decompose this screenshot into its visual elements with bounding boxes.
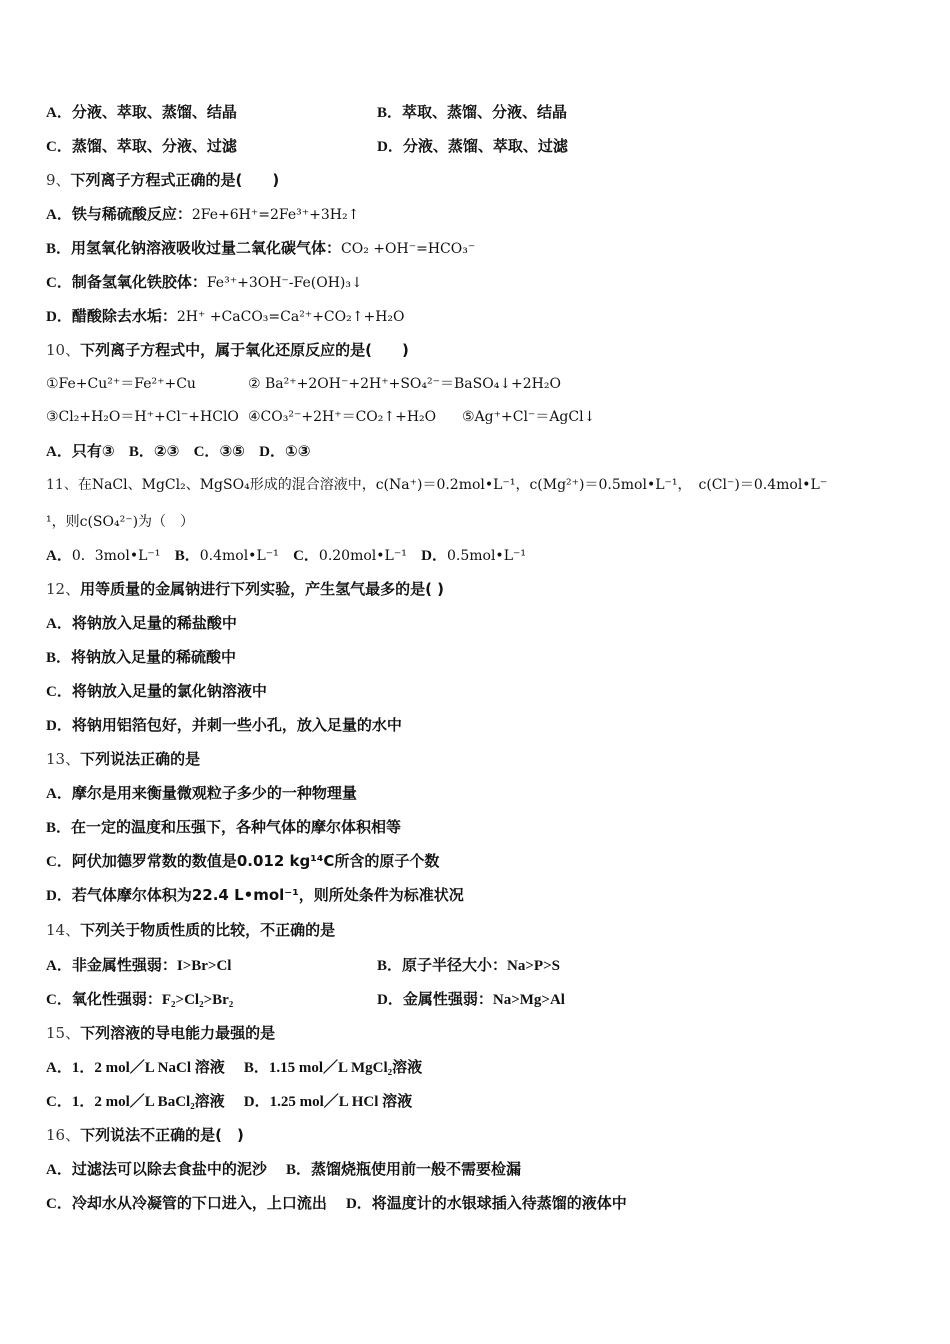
option-text: 用氢氧化钠溶液吸收过量二氧化碳气体： [71,239,341,257]
option-letter: A． [46,786,72,802]
option-text: 萃取、蒸馏、分液、结晶 [402,103,567,121]
question-text: ¹，则c(SO₄²⁻)为（ ） [46,514,194,530]
option-letter: D． [377,992,403,1008]
q8-option-b: B．萃取、蒸馏、分液、结晶 [377,102,567,123]
option-letter: C． [194,444,220,460]
q9-option-c: C．制备氢氧化铁胶体：Fe³⁺+3OH⁻-Fe(OH)₃↓ [46,272,363,293]
q15-stem: 15、下列溶液的导电能力最强的是 [46,1023,275,1043]
option-text: 0.5mol•L⁻¹ [447,548,526,564]
option-text: 将钠放入足量的氯化钠溶液中 [72,682,267,700]
option-formula: F₂>Cl₂>Br₂ [162,992,233,1008]
q9-option-b: B．用氢氧化钠溶液吸收过量二氧化碳气体：CO₂ +OH⁻=HCO₃⁻ [46,238,475,259]
q9-option-a: A．铁与稀硫酸反应：2Fe+6H⁺=2Fe³⁺+3H₂↑ [46,204,359,225]
q13-stem: 13、下列说法正确的是 [46,749,200,769]
q13-option-a: A．摩尔是用来衡量微观粒子多少的一种物理量 [46,783,357,804]
option-text: 将钠放入足量的稀硫酸中 [71,648,236,666]
option-letter: C． [46,684,72,700]
option-text: 0.20mol•L⁻¹ [319,548,407,564]
q14-option-d: D．金属性强弱：Na>Mg>Al [377,989,565,1010]
q10-equation-2: ② Ba²⁺+2OH⁻+2H⁺+SO₄²⁻＝BaSO₄↓+2H₂O [248,374,561,394]
option-formula: Fe³⁺+3OH⁻-Fe(OH)₃↓ [207,275,363,291]
q12-option-c: C．将钠放入足量的氯化钠溶液中 [46,681,267,702]
question-text: 在NaCl、MgCl₂、MgSO₄形成的混合溶液中，c(Na⁺)＝0.2mol•… [78,477,827,493]
q10-equation-5: ⑤Ag⁺+Cl⁻＝AgCl↓ [462,407,595,427]
option-text: 将温度计的水银球插入待蒸馏的液体中 [372,1194,627,1212]
option-letter: B． [46,241,71,257]
question-number: 13、 [46,750,80,768]
question-number: 16、 [46,1126,80,1144]
question-number: 9、 [46,171,71,189]
option-text: 将钠放入足量的稀盐酸中 [72,614,237,632]
option-letter: C． [46,1196,72,1212]
q10-stem: 10、下列离子方程式中，属于氧化还原反应的是( ) [46,340,409,360]
option-formula: CO₂ +OH⁻=HCO₃⁻ [341,241,475,257]
option-letter: D． [346,1196,372,1212]
option-text: 1.15 mol／L MgCl₂溶液 [269,1060,422,1076]
question-text: 下列离子方程式中，属于氧化还原反应的是( ) [80,341,409,359]
question-text: 下列说法正确的是 [80,750,200,768]
option-text: 制备氢氧化铁胶体： [72,273,207,291]
option-letter: A． [46,1060,72,1076]
option-text: 0．3mol•L⁻¹ [72,548,161,564]
option-letter: D． [421,548,447,564]
q11-stem-line2: ¹，则c(SO₄²⁻)为（ ） [46,511,194,532]
option-letter: C． [293,548,319,564]
option-text: 1.25 mol／L HCl 溶液 [270,1094,413,1110]
option-text: 0.4mol•L⁻¹ [200,548,279,564]
option-text: 在一定的温度和压强下，各种气体的摩尔体积相等 [71,818,401,836]
q16-options-cd: C．冷却水从冷凝管的下口进入，上口流出 D．将温度计的水银球插入待蒸馏的液体中 [46,1193,627,1214]
option-letter: D． [377,139,403,155]
option-text: 1．2 mol／L NaCl 溶液 [72,1060,225,1076]
option-text: 只有③ [72,442,115,460]
q13-option-c: C．阿伏加德罗常数的数值是0.012 kg¹⁴C所含的原子个数 [46,851,439,872]
q13-option-b: B．在一定的温度和压强下，各种气体的摩尔体积相等 [46,817,401,838]
option-text: 冷却水从冷凝管的下口进入，上口流出 [72,1194,327,1212]
q10-equation-4: ④CO₃²⁻+2H⁺＝CO₂↑+H₂O [248,407,436,427]
option-letter: B． [175,548,200,564]
option-letter: B． [377,958,402,974]
q9-option-d: D．醋酸除去水垢：2H⁺ +CaCO₃=Ca²⁺+CO₂↑+H₂O [46,306,405,327]
q8-option-d: D．分液、蒸馏、萃取、过滤 [377,136,568,157]
option-letter: D． [46,718,72,734]
option-letter: A． [46,105,72,121]
option-letter: B． [46,820,71,836]
q12-option-b: B．将钠放入足量的稀硫酸中 [46,647,236,668]
option-letter: D． [46,888,72,904]
option-letter: A． [46,548,72,564]
option-letter: C． [46,1094,72,1110]
question-number: 10、 [46,341,80,359]
question-text: 下列关于物质性质的比较，不正确的是 [80,921,335,939]
option-text: 原子半径大小： [402,956,507,974]
option-letter: B． [286,1162,311,1178]
q16-options-ab: A．过滤法可以除去食盐中的泥沙 B．蒸馏烧瓶使用前一般不需要检漏 [46,1159,521,1180]
question-text: 下列说法不正确的是( ) [80,1126,244,1144]
option-letter: B． [129,444,154,460]
option-formula: 2Fe+6H⁺=2Fe³⁺+3H₂↑ [192,207,359,223]
q13-option-d: D．若气体摩尔体积为22.4 L•mol⁻¹，则所处条件为标准状况 [46,885,464,906]
q12-stem: 12、用等质量的金属钠进行下列实验，产生氢气最多的是( ) [46,579,444,599]
q15-options-cd: C．1．2 mol／L BaCl₂溶液 D．1.25 mol／L HCl 溶液 [46,1091,412,1112]
q8-option-c: C．蒸馏、萃取、分液、过滤 [46,136,237,157]
option-letter: C． [46,275,72,291]
option-text: 氧化性强弱： [72,990,162,1008]
question-text: 下列离子方程式正确的是( ) [71,171,280,189]
option-letter: A． [46,444,72,460]
option-text: ①③ [285,442,310,460]
option-text: 铁与稀硫酸反应： [72,205,192,223]
option-letter: D． [259,444,285,460]
option-formula: Na>P>S [507,958,560,974]
q12-option-a: A．将钠放入足量的稀盐酸中 [46,613,237,634]
q9-stem: 9、下列离子方程式正确的是( ) [46,170,279,190]
option-text: 将钠用铝箔包好，并刺一些小孔，放入足量的水中 [72,716,402,734]
q11-options: A．0．3mol•L⁻¹ B．0.4mol•L⁻¹ C．0.20mol•L⁻¹ … [46,545,526,566]
q12-option-d: D．将钠用铝箔包好，并刺一些小孔，放入足量的水中 [46,715,402,736]
option-text: 蒸馏烧瓶使用前一般不需要检漏 [311,1160,521,1178]
q14-stem: 14、下列关于物质性质的比较，不正确的是 [46,920,335,940]
question-number: 12、 [46,580,80,598]
q8-option-a: A．分液、萃取、蒸馏、结晶 [46,102,237,123]
option-letter: B． [46,650,71,666]
option-formula: 2H⁺ +CaCO₃=Ca²⁺+CO₂↑+H₂O [177,309,405,325]
option-text: 分液、萃取、蒸馏、结晶 [72,103,237,121]
question-text: 用等质量的金属钠进行下列实验，产生氢气最多的是( ) [80,580,444,598]
option-letter: B． [377,105,402,121]
option-formula: I>Br>Cl [177,958,232,974]
q11-stem-line1: 11、在NaCl、MgCl₂、MgSO₄形成的混合溶液中，c(Na⁺)＝0.2m… [46,475,827,495]
question-text: 下列溶液的导电能力最强的是 [80,1024,275,1042]
option-letter: A． [46,207,72,223]
option-letter: D． [244,1094,270,1110]
option-text: ③⑤ [219,442,244,460]
q10-equation-1: ①Fe+Cu²⁺＝Fe²⁺+Cu [46,374,196,394]
option-letter: A． [46,958,72,974]
option-text: ②③ [154,442,179,460]
option-text: 金属性强弱： [403,990,493,1008]
option-text: 蒸馏、萃取、分液、过滤 [72,137,237,155]
question-number: 11、 [46,477,78,493]
option-letter: C． [46,139,72,155]
option-text: 非金属性强弱： [72,956,177,974]
option-text: 若气体摩尔体积为22.4 L•mol⁻¹，则所处条件为标准状况 [72,886,464,904]
q14-option-c: C．氧化性强弱：F₂>Cl₂>Br₂ [46,989,233,1010]
question-number: 15、 [46,1024,80,1042]
q14-option-a: A．非金属性强弱：I>Br>Cl [46,955,231,976]
q14-option-b: B．原子半径大小：Na>P>S [377,955,560,976]
question-number: 14、 [46,921,80,939]
option-text: 分液、蒸馏、萃取、过滤 [403,137,568,155]
option-letter: A． [46,616,72,632]
q10-options: A．只有③ B．②③ C．③⑤ D．①③ [46,441,310,462]
option-letter: B． [244,1060,269,1076]
q15-options-ab: A．1．2 mol／L NaCl 溶液 B．1.15 mol／L MgCl₂溶液 [46,1057,422,1078]
option-letter: D． [46,309,72,325]
option-text: 过滤法可以除去食盐中的泥沙 [72,1160,267,1178]
q10-equation-3: ③Cl₂+H₂O＝H⁺+Cl⁻+HClO [46,407,239,427]
option-text: 阿伏加德罗常数的数值是0.012 kg¹⁴C所含的原子个数 [72,852,440,870]
option-letter: A． [46,1162,72,1178]
option-letter: C． [46,854,72,870]
q16-stem: 16、下列说法不正确的是( ) [46,1125,244,1145]
option-formula: Na>Mg>Al [493,992,565,1008]
option-text: 摩尔是用来衡量微观粒子多少的一种物理量 [72,784,357,802]
option-text: 1．2 mol／L BaCl₂溶液 [72,1094,225,1110]
option-text: 醋酸除去水垢： [72,307,177,325]
option-letter: C． [46,992,72,1008]
